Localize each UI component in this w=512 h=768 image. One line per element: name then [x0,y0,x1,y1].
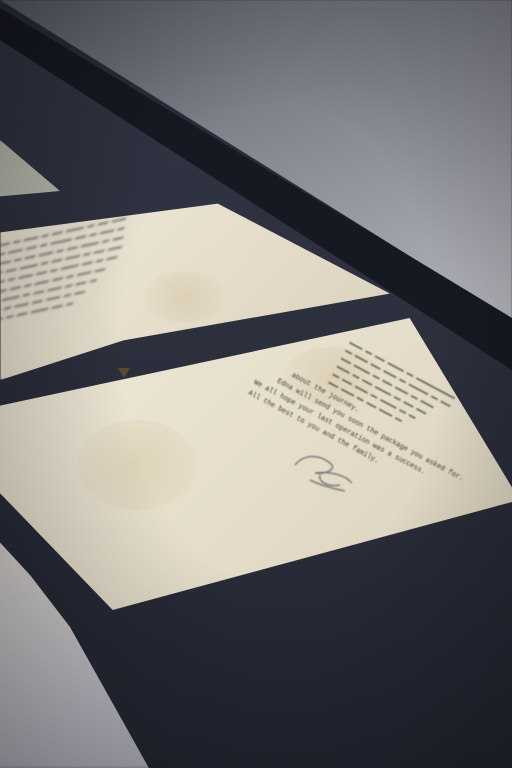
paper-stain [77,420,197,510]
paper-stain [144,272,224,322]
handwritten-signature [290,445,360,495]
display-case-scene: ▬▬▬ ▬▬ ▬▬▬▬ ▬▬ ▬▬▬ ▬▬▬▬▬ ▬▬ ▬▬▬ ▬▬▬▬ ▬▬ … [0,0,512,768]
